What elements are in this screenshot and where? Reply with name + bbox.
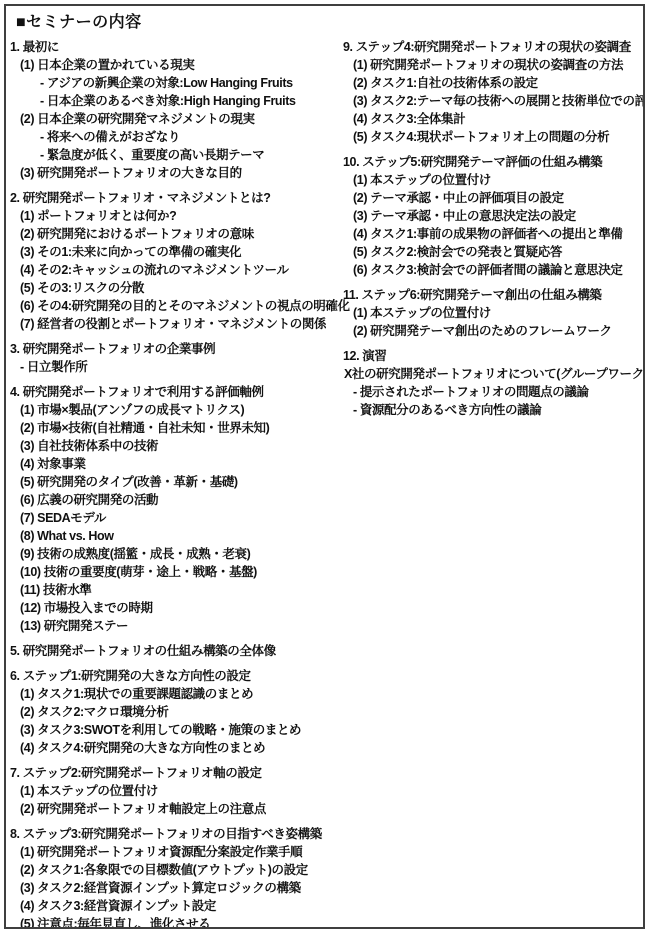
- outline-item: (2) タスク2:マクロ環境分析: [10, 703, 343, 721]
- outline-item: (4) タスク3:全体集計: [343, 110, 643, 128]
- outline-item: (10) 技術の重要度(萌芽・途上・戦略・基盤): [10, 563, 343, 581]
- outline-item: (1) ポートフォリオとは何か?: [10, 207, 343, 225]
- outline-section: 10. ステップ5:研究開発テーマ評価の仕組み構築(1) 本ステップの位置付け(…: [343, 153, 643, 279]
- left-column: 1. 最初に(1) 日本企業の置かれている現実- アジアの新興企業の対象:Low…: [10, 38, 343, 929]
- outline-item: (3) 自社技術体系中の技術: [10, 437, 343, 455]
- outline-item: (5) その3:リスクの分散: [10, 279, 343, 297]
- outline-item: (1) 本ステップの位置付け: [343, 171, 643, 189]
- outline-item: - 提示されたポートフォリオの問題点の議論: [343, 383, 643, 401]
- outline-item: (9) 技術の成熟度(揺籃・成長・成熟・老衰): [10, 545, 343, 563]
- outline-item: (8) What vs. How: [10, 527, 343, 545]
- outline-item: - 緊急度が低く、重要度の高い長期テーマ: [10, 146, 343, 164]
- outline-item: (6) その4:研究開発の目的とそのマネジメントの視点の明確化: [10, 297, 343, 315]
- outline-item: (2) タスク1:各象限での目標数値(アウトプット)の設定: [10, 861, 343, 879]
- page-title: ■セミナーの内容: [16, 13, 643, 33]
- outline-item: (2) 日本企業の研究開発マネジメントの現実: [10, 110, 343, 128]
- outline-item: (1) 本ステップの位置付け: [343, 304, 643, 322]
- outline-item: (3) タスク2:経営資源インプット算定ロジックの構築: [10, 879, 343, 897]
- outline-item: (3) タスク3:SWOTを利用しての戦略・施策のまとめ: [10, 721, 343, 739]
- outline-item: (1) 本ステップの位置付け: [10, 782, 343, 800]
- outline-section: 4. 研究開発ポートフォリオで利用する評価軸例(1) 市場×製品(アンゾフの成長…: [10, 383, 343, 635]
- outline-section: 12. 演習X社の研究開発ポートフォリオについて(グループワーク)- 提示された…: [343, 347, 643, 419]
- outline-item: (2) 研究開発におけるポートフォリオの意味: [10, 225, 343, 243]
- section-heading: 3. 研究開発ポートフォリオの企業事例: [10, 340, 343, 358]
- outline-item: (12) 市場投入までの時期: [10, 599, 343, 617]
- section-heading: 11. ステップ6:研究開発テーマ創出の仕組み構築: [343, 286, 643, 304]
- outline-item: (1) 市場×製品(アンゾフの成長マトリクス): [10, 401, 343, 419]
- outline-item: (11) 技術水準: [10, 581, 343, 599]
- section-heading: 10. ステップ5:研究開発テーマ評価の仕組み構築: [343, 153, 643, 171]
- section-heading: 8. ステップ3:研究開発ポートフォリオの目指すべき姿構築: [10, 825, 343, 843]
- outline-item: - 将来への備えがおざなり: [10, 128, 343, 146]
- outline-item: (4) 対象事業: [10, 455, 343, 473]
- outline-item: (3) テーマ承認・中止の意思決定法の設定: [343, 207, 643, 225]
- outline-section: 7. ステップ2:研究開発ポートフォリオ軸の設定(1) 本ステップの位置付け(2…: [10, 764, 343, 818]
- outline-item: (4) その2:キャッシュの流れのマネジメントツール: [10, 261, 343, 279]
- section-heading: 5. 研究開発ポートフォリオの仕組み構築の全体像: [10, 642, 343, 660]
- outline-section: 6. ステップ1:研究開発の大きな方向性の設定(1) タスク1:現状での重要課題…: [10, 667, 343, 757]
- section-heading: 12. 演習: [343, 347, 643, 365]
- outline-item: (5) タスク4:現状ポートフォリオ上の問題の分析: [343, 128, 643, 146]
- outline-item: (1) タスク1:現状での重要課題認識のまとめ: [10, 685, 343, 703]
- outline-section: 5. 研究開発ポートフォリオの仕組み構築の全体像: [10, 642, 343, 660]
- outline-item: (3) タスク2:テーマ毎の技術への展開と技術単位での評価: [343, 92, 643, 110]
- outline-item: (5) 注意点:毎年見直し、進化させる: [10, 915, 343, 929]
- outline-item: - 日本企業のあるべき対象:High Hanging Fruits: [10, 92, 343, 110]
- outline-item: (1) 研究開発ポートフォリオの現状の姿調査の方法: [343, 56, 643, 74]
- outline-item: (7) SEDAモデル: [10, 509, 343, 527]
- document-page-border: ■セミナーの内容 1. 最初に(1) 日本企業の置かれている現実- アジアの新興…: [4, 4, 645, 929]
- section-heading: 7. ステップ2:研究開発ポートフォリオ軸の設定: [10, 764, 343, 782]
- outline-section: 8. ステップ3:研究開発ポートフォリオの目指すべき姿構築(1) 研究開発ポート…: [10, 825, 343, 929]
- outline-item: (2) 市場×技術(自社精通・自社未知・世界未知): [10, 419, 343, 437]
- section-heading: 4. 研究開発ポートフォリオで利用する評価軸例: [10, 383, 343, 401]
- outline-item: (7) 経営者の役割とポートフォリオ・マネジメントの関係: [10, 315, 343, 333]
- outline-item: (6) タスク3:検討会での評価者間の議論と意思決定: [343, 261, 643, 279]
- outline-item: (1) 日本企業の置かれている現実: [10, 56, 343, 74]
- outline-item: (2) 研究開発ポートフォリオ軸設定上の注意点: [10, 800, 343, 818]
- outline-section: 2. 研究開発ポートフォリオ・マネジメントとは?(1) ポートフォリオとは何か?…: [10, 189, 343, 333]
- outline-item: - 日立製作所: [10, 358, 343, 376]
- outline-item: (1) 研究開発ポートフォリオ資源配分案設定作業手順: [10, 843, 343, 861]
- outline-section: 3. 研究開発ポートフォリオの企業事例- 日立製作所: [10, 340, 343, 376]
- outline-item: (5) 研究開発のタイプ(改善・革新・基礎): [10, 473, 343, 491]
- outline-item: (5) タスク2:検討会での発表と質疑応答: [343, 243, 643, 261]
- outline-section: 9. ステップ4:研究開発ポートフォリオの現状の姿調査(1) 研究開発ポートフォ…: [343, 38, 643, 146]
- outline-item: - アジアの新興企業の対象:Low Hanging Fruits: [10, 74, 343, 92]
- outline-section: 11. ステップ6:研究開発テーマ創出の仕組み構築(1) 本ステップの位置付け(…: [343, 286, 643, 340]
- section-heading: 9. ステップ4:研究開発ポートフォリオの現状の姿調査: [343, 38, 643, 56]
- section-heading: 1. 最初に: [10, 38, 343, 56]
- two-column-layout: 1. 最初に(1) 日本企業の置かれている現実- アジアの新興企業の対象:Low…: [6, 33, 643, 929]
- right-column: 9. ステップ4:研究開発ポートフォリオの現状の姿調査(1) 研究開発ポートフォ…: [343, 38, 643, 929]
- outline-item: (13) 研究開発ステー: [10, 617, 343, 635]
- outline-item: (2) テーマ承認・中止の評価項目の設定: [343, 189, 643, 207]
- outline-item: (4) タスク1:事前の成果物の評価者への提出と準備: [343, 225, 643, 243]
- outline-section: 1. 最初に(1) 日本企業の置かれている現実- アジアの新興企業の対象:Low…: [10, 38, 343, 182]
- outline-item: (4) タスク4:研究開発の大きな方向性のまとめ: [10, 739, 343, 757]
- outline-item: (3) 研究開発ポートフォリオの大きな目的: [10, 164, 343, 182]
- section-heading: 6. ステップ1:研究開発の大きな方向性の設定: [10, 667, 343, 685]
- outline-item: - 資源配分のあるべき方向性の議論: [343, 401, 643, 419]
- outline-item: (4) タスク3:経営資源インプット設定: [10, 897, 343, 915]
- outline-item: (3) その1:未来に向かっての準備の確実化: [10, 243, 343, 261]
- outline-item: (2) 研究開発テーマ創出のためのフレームワーク: [343, 322, 643, 340]
- outline-item: (6) 広義の研究開発の活動: [10, 491, 343, 509]
- section-heading: 2. 研究開発ポートフォリオ・マネジメントとは?: [10, 189, 343, 207]
- outline-item: (2) タスク1:自社の技術体系の設定: [343, 74, 643, 92]
- outline-item: X社の研究開発ポートフォリオについて(グループワーク): [343, 365, 643, 383]
